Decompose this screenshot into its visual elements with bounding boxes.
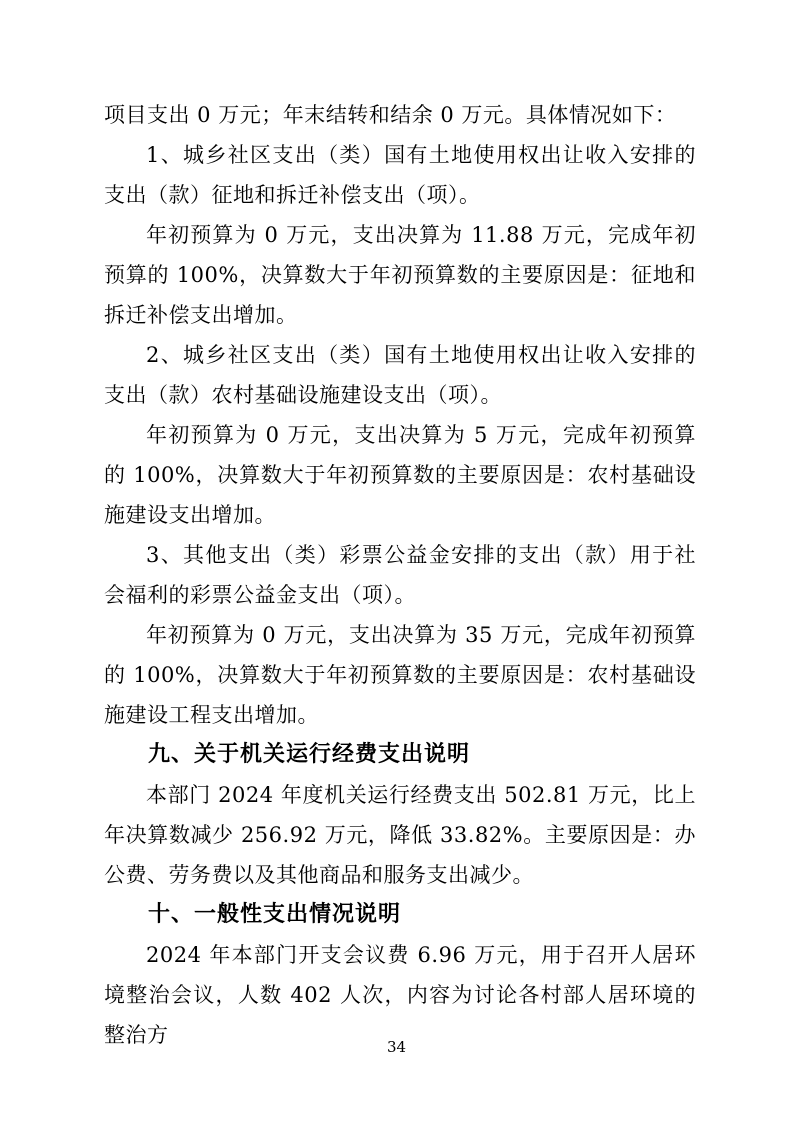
paragraph-item-1-detail: 年初预算为 0 万元，支出决算为 11.88 万元，完成年初预算的 100%，决… [104,215,696,335]
paragraph-item-2-detail: 年初预算为 0 万元，支出决算为 5 万元，完成年初预算的 100%，决算数大于… [104,415,696,535]
section-heading-ten: 十、一般性支出情况说明 [104,895,696,935]
section-heading-nine: 九、关于机关运行经费支出说明 [104,735,696,775]
paragraph-carryover: 项目支出 0 万元；年末结转和结余 0 万元。具体情况如下： [104,95,696,135]
page-number: 34 [0,1036,793,1058]
paragraph-section-nine: 本部门 2024 年度机关运行经费支出 502.81 万元，比上年决算数减少 2… [104,775,696,895]
document-page: 项目支出 0 万元；年末结转和结余 0 万元。具体情况如下： 1、城乡社区支出（… [0,0,793,1122]
paragraph-item-3-detail: 年初预算为 0 万元，支出决算为 35 万元，完成年初预算的 100%，决算数大… [104,615,696,735]
paragraph-item-3: 3、其他支出（类）彩票公益金安排的支出（款）用于社会福利的彩票公益金支出（项）。 [104,535,696,615]
paragraph-item-2: 2、城乡社区支出（类）国有土地使用权出让收入安排的支出（款）农村基础设施建设支出… [104,335,696,415]
paragraph-item-1: 1、城乡社区支出（类）国有土地使用权出让收入安排的支出（款）征地和拆迁补偿支出（… [104,135,696,215]
page-content: 项目支出 0 万元；年末结转和结余 0 万元。具体情况如下： 1、城乡社区支出（… [104,95,696,1055]
